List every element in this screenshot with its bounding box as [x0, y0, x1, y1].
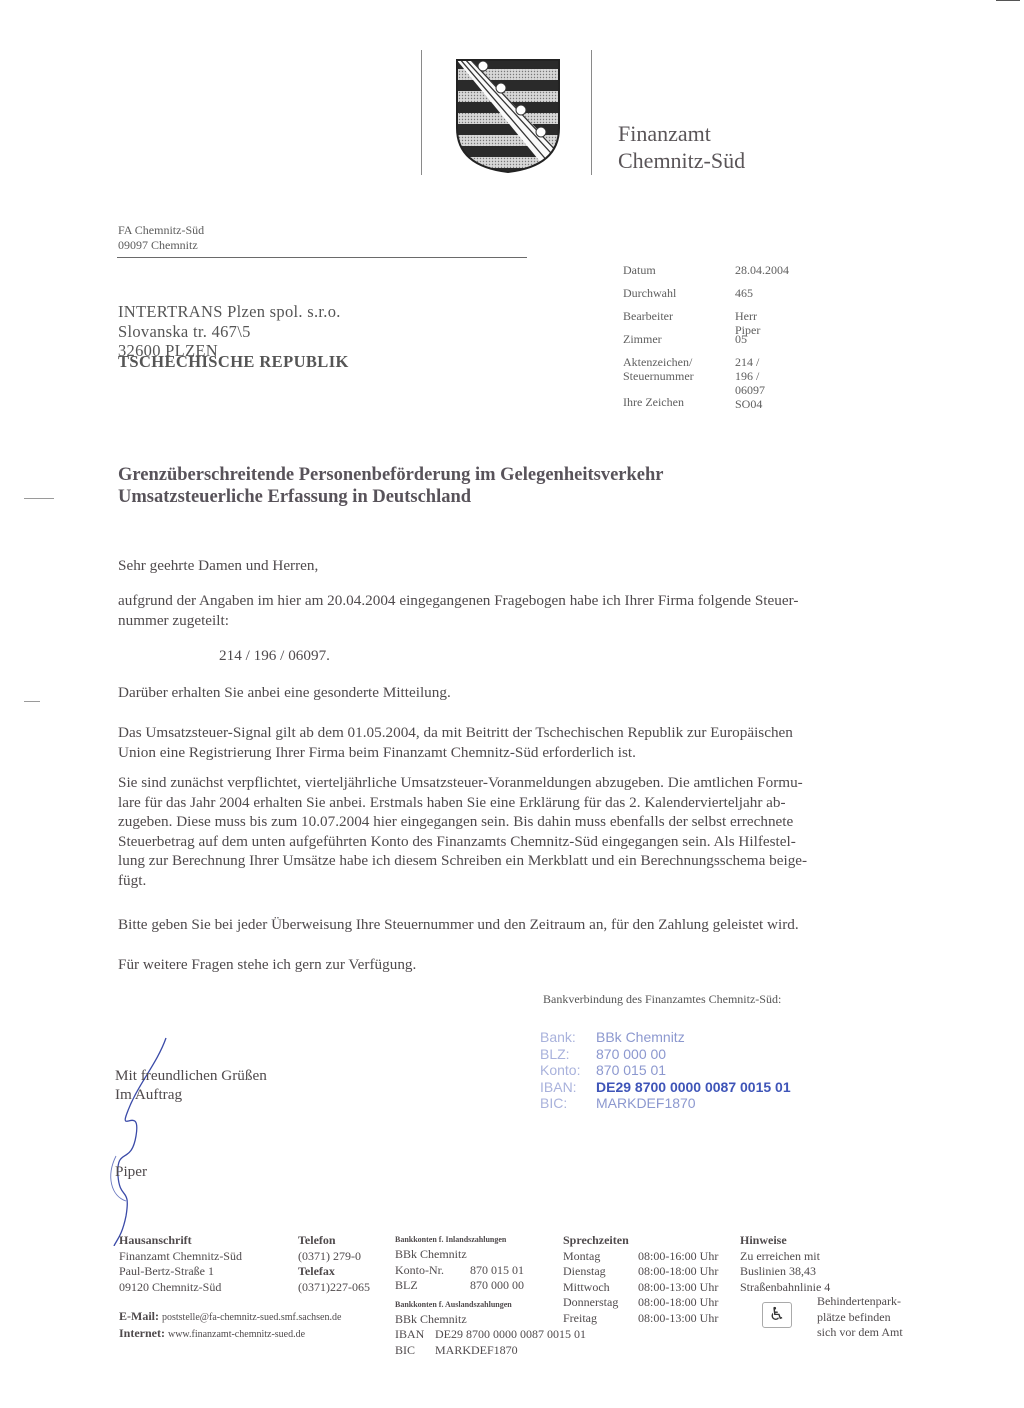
- recipient-line: INTERTRANS Plzen spol. s.r.o.: [118, 302, 341, 322]
- recipient-line: Slovanska tr. 467\5: [118, 322, 341, 342]
- bank-stamp: Bank:BBk Chemnitz BLZ:870 000 00 Konto:8…: [540, 1029, 791, 1112]
- office-name-line2: Chemnitz-Süd: [618, 147, 745, 174]
- assigned-tax-number: 214 / 196 / 06097.: [219, 647, 330, 665]
- meta-value-extension: 465: [735, 286, 753, 300]
- closing: Mit freundlichen Grüßen Im Auftrag: [115, 1066, 267, 1104]
- office-name-line1: Finanzamt: [618, 120, 745, 147]
- edge-mark: [996, 0, 1020, 1]
- paragraph-6: Für weitere Fragen stehe ich gern zur Ve…: [118, 955, 888, 975]
- sender-address: FA Chemnitz-Süd 09097 Chemnitz: [118, 223, 204, 253]
- footer-office-hours: Sprechzeiten Montag08:00-16:00 Uhr Diens…: [563, 1233, 718, 1326]
- meta-label: Ihre Zeichen: [623, 395, 733, 409]
- paragraph-5: Bitte geben Sie bei jeder Überweisung Ih…: [118, 915, 888, 935]
- meta-value-date: 28.04.2004: [735, 263, 789, 277]
- letterhead-divider-right: [591, 50, 592, 175]
- website-link[interactable]: www.finanzamt-chemnitz-sued.de: [168, 1329, 305, 1340]
- paragraph-3: Das Umsatzsteuer-Signal gilt ab dem 01.0…: [118, 723, 888, 762]
- wheelchair-icon: ♿: [762, 1302, 792, 1328]
- recipient-country: TSCHECHISCHE REPUBLIK: [118, 352, 349, 372]
- meta-label: Zimmer: [623, 332, 733, 346]
- sender-line: 09097 Chemnitz: [118, 238, 204, 253]
- subject-line: Umsatzsteuerliche Erfassung in Deutschla…: [118, 486, 664, 508]
- meta-label: Datum: [623, 263, 733, 277]
- signer-name: Piper: [115, 1163, 147, 1181]
- email-link[interactable]: poststelle@fa-chemnitz-sued.smf.sachsen.…: [162, 1312, 341, 1323]
- footer-address: Hausanschrift Finanzamt Chemnitz-Süd Pau…: [119, 1233, 242, 1295]
- meta-value-room: 05: [735, 332, 747, 346]
- sender-underline: [117, 257, 527, 258]
- sender-line: FA Chemnitz-Süd: [118, 223, 204, 238]
- bank-caption: Bankverbindung des Finanzamtes Chemnitz-…: [543, 992, 781, 1007]
- subject-line: Grenzüberschreitende Personenbeförderung…: [118, 464, 664, 486]
- subject: Grenzüberschreitende Personenbeförderung…: [118, 464, 664, 508]
- paragraph-2: Darüber erhalten Sie anbei eine gesonder…: [118, 683, 888, 703]
- paragraph-4: Sie sind zunächst verpflichtet, viertelj…: [118, 773, 888, 890]
- fold-mark: [24, 498, 54, 499]
- footer-bank-accounts: Bankkonten f. Inlandszahlungen BBk Chemn…: [395, 1233, 586, 1358]
- office-name: Finanzamt Chemnitz-Süd: [618, 120, 745, 174]
- paragraph-1: aufgrund der Angaben im hier am 20.04.20…: [118, 591, 888, 630]
- meta-value-tax-number: 214 / 196 / 06097 SO04: [735, 355, 765, 411]
- saxony-coat-of-arms-icon: [455, 58, 561, 174]
- meta-label: Bearbeiter: [623, 309, 733, 323]
- footer-notes: Hinweise Zu erreichen mit Buslinien 38,4…: [740, 1233, 830, 1295]
- letterhead-divider-left: [421, 50, 422, 175]
- accessible-parking-note: Behindertenpark- plätze befinden sich vo…: [817, 1294, 903, 1341]
- meta-label: Aktenzeichen/Steuernummer: [623, 355, 733, 383]
- salutation: Sehr geehrte Damen und Herren,: [118, 556, 888, 576]
- footer-phone: Telefon (0371) 279-0 Telefax (0371)227-0…: [298, 1233, 370, 1295]
- meta-label: Durchwahl: [623, 286, 733, 300]
- footer-contact: E-Mail: poststelle@fa-chemnitz-sued.smf.…: [119, 1309, 341, 1342]
- punch-mark: [24, 701, 40, 702]
